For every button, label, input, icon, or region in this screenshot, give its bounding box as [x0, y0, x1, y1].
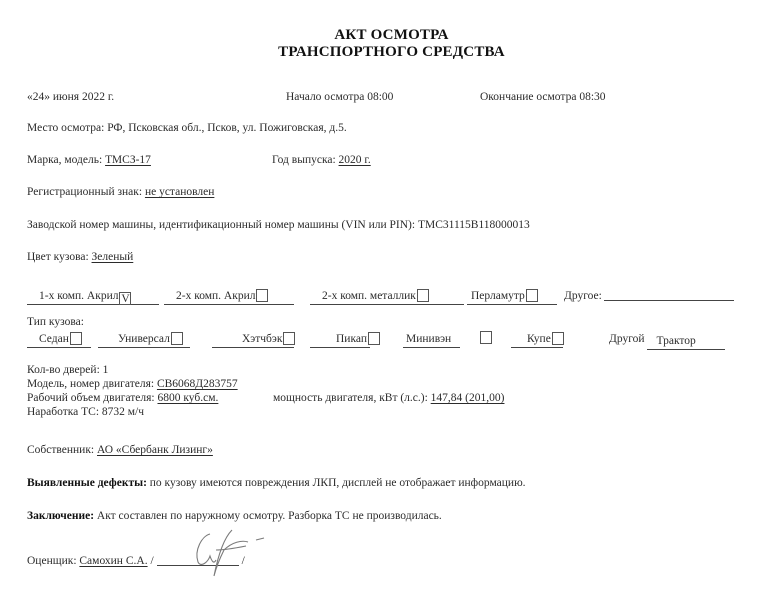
volume-label: Рабочий объем двигателя: — [27, 392, 155, 404]
paint-checkbox-1k-acrylic[interactable]: V — [119, 292, 131, 305]
paint-option-label: 1-х комп. Акрил — [39, 290, 118, 302]
engine-power: мощность двигателя, кВт (л.с.): 147,84 (… — [273, 392, 504, 404]
paint-option-1k-acrylic: 1-х комп. АкрилV — [27, 288, 159, 305]
conclusion-value: Акт составлен по наружному осмотру. Разб… — [97, 510, 442, 522]
inspection-start: Начало осмотра 08:00 — [286, 91, 393, 103]
body-option-other: ДругойТрактор — [609, 331, 725, 350]
body-option-coupe: Купе — [511, 331, 563, 348]
paint-option-pearl: Перламутр — [467, 288, 557, 305]
document-title-line1: АКТ ОСМОТРА — [0, 27, 783, 44]
hours-value: 8732 м/ч — [102, 406, 144, 418]
power-value: 147,84 (201,00) — [431, 392, 505, 404]
reg-value: не установлен — [145, 186, 214, 198]
owner: Собственник: АО «Сбербанк Лизинг» — [27, 444, 213, 456]
body-option-label: Пикап — [336, 333, 367, 345]
doors-label: Кол-во дверей: — [27, 364, 100, 376]
body-option-wagon: Универсал — [98, 331, 190, 348]
body-checkbox-pickup[interactable] — [368, 332, 380, 345]
paint-option-label: 2-х комп. металлик — [322, 290, 416, 302]
body-option-hatchback: Хэтчбэк — [212, 331, 294, 348]
body-option-label: Седан — [39, 333, 69, 345]
paint-other-label: Другое: — [564, 290, 602, 302]
body-option-label: Минивэн — [406, 333, 451, 345]
owner-label: Собственник: — [27, 444, 94, 456]
appraiser-name: Самохин С.А. — [79, 555, 147, 567]
power-label: мощность двигателя, кВт (л.с.): — [273, 392, 428, 404]
model-label: Марка, модель: — [27, 154, 102, 166]
paint-checkbox-2k-metallic[interactable] — [417, 289, 429, 302]
doors-count: Кол-во дверей: 1 — [27, 364, 108, 376]
doors-value: 1 — [103, 364, 109, 376]
body-option-label: Универсал — [118, 333, 170, 345]
body-checkbox-wagon[interactable] — [171, 332, 183, 345]
body-option-label: Хэтчбэк — [242, 333, 282, 345]
defects-label: Выявленные дефекты: — [27, 477, 147, 489]
body-checkbox-coupe[interactable] — [552, 332, 564, 345]
body-color: Цвет кузова: Зеленый — [27, 251, 133, 263]
conclusion: Заключение: Акт составлен по наружному о… — [27, 510, 442, 522]
paint-checkbox-2k-acrylic[interactable] — [256, 289, 268, 302]
conclusion-label: Заключение: — [27, 510, 94, 522]
body-option-sedan: Седан — [27, 331, 91, 348]
defects-value: по кузову имеются повреждения ЛКП, диспл… — [150, 477, 526, 489]
volume-value: 6800 куб.см. — [157, 392, 218, 404]
vin-number: Заводской номер машины, идентификационны… — [27, 219, 530, 231]
engine-volume: Рабочий объем двигателя: 6800 куб.см. — [27, 392, 218, 404]
color-value: Зеленый — [92, 251, 134, 263]
body-other-field[interactable]: Трактор — [647, 333, 725, 350]
engine-value: CB6068Д283757 — [157, 378, 238, 390]
engine-label: Модель, номер двигателя: — [27, 378, 154, 390]
signature-icon — [188, 528, 278, 578]
paint-option-2k-metallic: 2-х комп. металлик — [310, 288, 464, 305]
body-checkbox-minivan[interactable] — [480, 331, 492, 344]
body-type-label: Тип кузова: — [27, 316, 84, 328]
hours-label: Наработка ТС: — [27, 406, 99, 418]
paint-option-other: Другое: — [564, 288, 734, 304]
operating-hours: Наработка ТС: 8732 м/ч — [27, 406, 144, 418]
vehicle-year: Год выпуска: 2020 г. — [272, 154, 371, 166]
place-value: РФ, Псковская обл., Псков, ул. Пожиговск… — [107, 122, 347, 134]
paint-option-label: Перламутр — [471, 290, 525, 302]
body-option-minivan: Минивэн — [403, 331, 460, 348]
body-option-pickup: Пикап — [310, 331, 370, 348]
start-label: Начало осмотра — [286, 91, 364, 103]
body-option-label: Купе — [527, 333, 551, 345]
vin-label: Заводской номер машины, идентификационны… — [27, 219, 415, 231]
inspection-end: Окончание осмотра 08:30 — [480, 91, 606, 103]
registration-plate: Регистрационный знак: не установлен — [27, 186, 214, 198]
document-title-line2: ТРАНСПОРТНОГО СРЕДСТВА — [0, 44, 783, 61]
owner-value: АО «Сбербанк Лизинг» — [97, 444, 213, 456]
place-label: Место осмотра: — [27, 122, 104, 134]
color-label: Цвет кузова: — [27, 251, 89, 263]
body-checkbox-sedan[interactable] — [70, 332, 82, 345]
defects: Выявленные дефекты: по кузову имеются по… — [27, 477, 526, 489]
engine-model: Модель, номер двигателя: CB6068Д283757 — [27, 378, 238, 390]
reg-label: Регистрационный знак: — [27, 186, 142, 198]
year-value: 2020 г. — [339, 154, 371, 166]
inspection-place: Место осмотра: РФ, Псковская обл., Псков… — [27, 122, 347, 134]
start-time: 08:00 — [367, 91, 393, 103]
vehicle-model: Марка, модель: ТМСЗ-17 — [27, 154, 151, 166]
signature-slash-left: / — [150, 555, 153, 567]
end-time: 08:30 — [579, 91, 605, 103]
appraiser-label: Оценщик: — [27, 555, 77, 567]
paint-option-label: 2-х комп. Акрил — [176, 290, 255, 302]
body-other-label: Другой — [609, 333, 645, 345]
body-checkbox-hatchback[interactable] — [283, 332, 295, 345]
end-label: Окончание осмотра — [480, 91, 576, 103]
paint-other-field[interactable] — [604, 300, 734, 301]
model-value: ТМСЗ-17 — [105, 154, 151, 166]
year-label: Год выпуска: — [272, 154, 336, 166]
vin-value: TMC31115B118000013 — [418, 219, 530, 231]
paint-option-2k-acrylic: 2-х комп. Акрил — [164, 288, 294, 305]
inspection-date: «24» июня 2022 г. — [27, 91, 114, 103]
paint-checkbox-pearl[interactable] — [526, 289, 538, 302]
